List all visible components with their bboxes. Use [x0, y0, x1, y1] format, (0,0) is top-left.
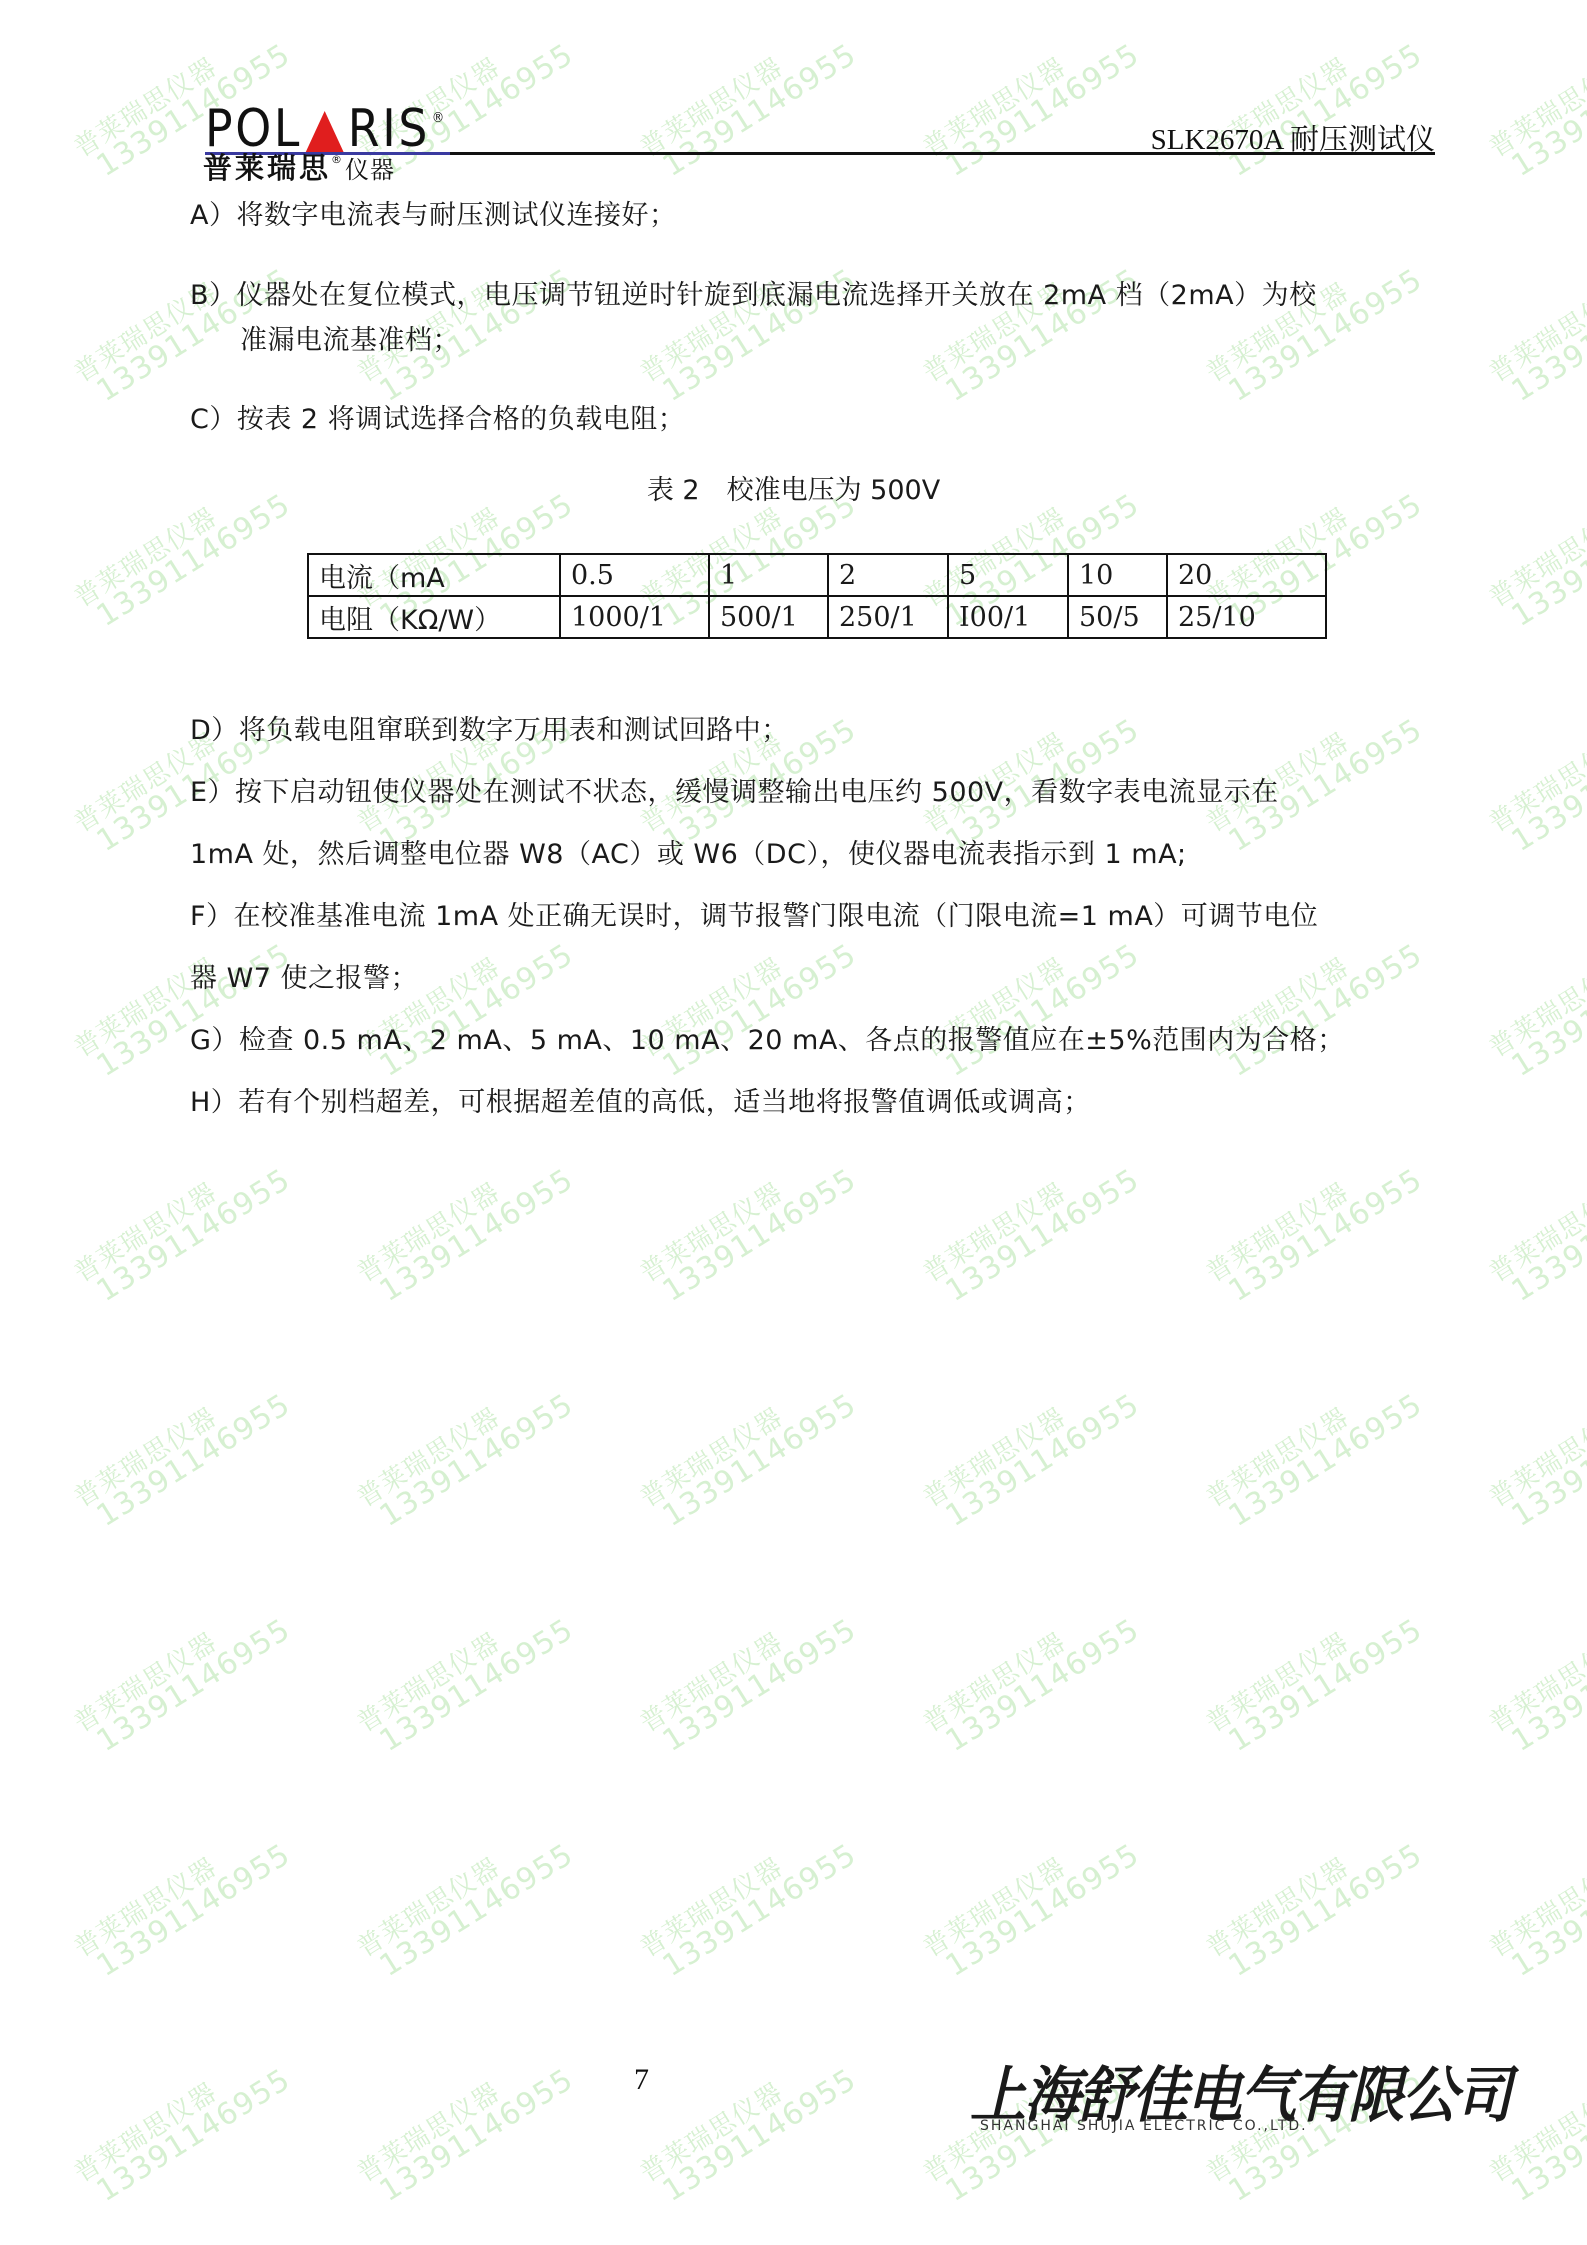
- step-b-line2: 准漏电流基准档；: [240, 318, 460, 357]
- watermark: 普莱瑞思仪器13391146955: [636, 1593, 862, 1763]
- watermark: 普莱瑞思仪器13391146955: [1202, 1818, 1428, 1988]
- watermark: 普莱瑞思仪器13391146955: [636, 1368, 862, 1538]
- watermark: 普莱瑞思仪器13391146955: [1485, 1593, 1587, 1763]
- watermark: 普莱瑞思仪器13391146955: [919, 18, 1145, 188]
- watermark: 普莱瑞思仪器13391146955: [353, 1593, 579, 1763]
- table-caption: 表 2 校准电压为 500V: [0, 468, 1587, 507]
- step-a: A）将数字电流表与耐压测试仪连接好；: [190, 193, 676, 232]
- watermark: 普莱瑞思仪器13391146955: [353, 1143, 579, 1313]
- watermark: 普莱瑞思仪器13391146955: [1485, 243, 1587, 413]
- watermark: 普莱瑞思仪器13391146955: [70, 1818, 296, 1988]
- watermark: 普莱瑞思仪器13391146955: [1485, 1143, 1587, 1313]
- watermark: 普莱瑞思仪器13391146955: [353, 1818, 579, 1988]
- watermark: 普莱瑞思仪器13391146955: [353, 918, 579, 1088]
- polaris-logo: POL RIS ®: [205, 103, 480, 155]
- watermark: 普莱瑞思仪器13391146955: [1202, 1143, 1428, 1313]
- watermark: 普莱瑞思仪器13391146955: [919, 1368, 1145, 1538]
- watermark: 普莱瑞思仪器13391146955: [353, 2043, 579, 2213]
- step-f-line2: 器 W7 使之报警；: [190, 956, 418, 995]
- step-f-line1: F）在校准基准电流 1mA 处正确无误时，调节报警门限电流（门限电流=1 mA）…: [190, 894, 1318, 933]
- watermark: 普莱瑞思仪器13391146955: [919, 243, 1145, 413]
- watermark: 普莱瑞思仪器13391146955: [919, 1818, 1145, 1988]
- row-header: 电阻（KΩ/W）: [308, 596, 560, 638]
- logo-cn-registered-mark: ®: [331, 153, 345, 166]
- step-g: G）检查 0.5 mA、2 mA、5 mA、10 mA、20 mA、各点的报警值…: [190, 1018, 1345, 1057]
- table-cell: 50/5: [1068, 596, 1167, 638]
- watermark: 普莱瑞思仪器13391146955: [1485, 1818, 1587, 1988]
- watermark: 普莱瑞思仪器13391146955: [70, 1143, 296, 1313]
- watermark: 普莱瑞思仪器13391146955: [636, 2043, 862, 2213]
- page-number: 7: [634, 2063, 649, 2097]
- watermark: 普莱瑞思仪器13391146955: [70, 1368, 296, 1538]
- watermark: 普莱瑞思仪器13391146955: [1485, 918, 1587, 1088]
- watermark: 普莱瑞思仪器13391146955: [636, 918, 862, 1088]
- watermark: 普莱瑞思仪器13391146955: [1202, 18, 1428, 188]
- watermark: 普莱瑞思仪器13391146955: [1485, 693, 1587, 863]
- watermark: 普莱瑞思仪器13391146955: [1202, 918, 1428, 1088]
- watermark: 普莱瑞思仪器13391146955: [70, 2043, 296, 2213]
- logo-word-left: POL: [205, 103, 302, 155]
- table-cell: 20: [1167, 554, 1326, 596]
- step-d: D）将负载电阻窜联到数字万用表和测试回路中；: [190, 708, 789, 747]
- logo-chinese-name: 普莱瑞思®仪器: [203, 154, 395, 183]
- table-row-current: 电流（mA 0.5 1 2 5 10 20: [308, 554, 1326, 596]
- table-cell: 5: [948, 554, 1068, 596]
- watermark-layer: 普莱瑞思仪器13391146955普莱瑞思仪器13391146955普莱瑞思仪器…: [0, 0, 1587, 2245]
- table-row-resistance: 电阻（KΩ/W） 1000/1 500/1 250/1 I00/1 50/5 2…: [308, 596, 1326, 638]
- step-e-line1: E）按下启动钮使仪器处在测试不状态，缓慢调整输出电压约 500V，看数字表电流显…: [190, 770, 1279, 809]
- watermark: 普莱瑞思仪器13391146955: [636, 243, 862, 413]
- watermark: 普莱瑞思仪器13391146955: [636, 1143, 862, 1313]
- logo-triangle-icon: [306, 111, 345, 153]
- watermark: 普莱瑞思仪器13391146955: [919, 1593, 1145, 1763]
- table-cell: 25/10: [1167, 596, 1326, 638]
- logo-word-right: RIS: [348, 103, 430, 155]
- watermark: 普莱瑞思仪器13391146955: [1202, 243, 1428, 413]
- header-divider: [450, 152, 1435, 155]
- watermark: 普莱瑞思仪器13391146955: [919, 1143, 1145, 1313]
- row-header: 电流（mA: [308, 554, 560, 596]
- table-cell: 1: [709, 554, 828, 596]
- watermark: 普莱瑞思仪器13391146955: [70, 918, 296, 1088]
- watermark: 普莱瑞思仪器13391146955: [636, 1818, 862, 1988]
- table-cell: 500/1: [709, 596, 828, 638]
- step-b-line1: B）仪器处在复位模式，电压调节钮逆时针旋到底漏电流选择开关放在 2mA 档（2m…: [190, 273, 1317, 312]
- logo-wordmark: POL RIS ®: [205, 103, 447, 155]
- table-cell: 250/1: [828, 596, 948, 638]
- step-e-line2: 1mA 处，然后调整电位器 W8（AC）或 W6（DC），使仪器电流表指示到 1…: [190, 832, 1187, 871]
- logo-cn-main: 普莱瑞思: [203, 151, 331, 185]
- watermark: 普莱瑞思仪器13391146955: [1485, 1368, 1587, 1538]
- step-c: C）按表 2 将调试选择合格的负载电阻；: [190, 397, 685, 436]
- table-cell: 2: [828, 554, 948, 596]
- watermark: 普莱瑞思仪器13391146955: [919, 918, 1145, 1088]
- table-cell: 0.5: [560, 554, 709, 596]
- calibration-table: 电流（mA 0.5 1 2 5 10 20 电阻（KΩ/W） 1000/1 50…: [307, 553, 1327, 639]
- document-page: 普莱瑞思仪器13391146955普莱瑞思仪器13391146955普莱瑞思仪器…: [0, 0, 1587, 2245]
- watermark: 普莱瑞思仪器13391146955: [353, 1368, 579, 1538]
- table-cell: 1000/1: [560, 596, 709, 638]
- registered-mark: ®: [432, 111, 447, 125]
- table-cell: I00/1: [948, 596, 1068, 638]
- watermark: 普莱瑞思仪器13391146955: [1485, 18, 1587, 188]
- watermark: 普莱瑞思仪器13391146955: [1202, 1368, 1428, 1538]
- watermark: 普莱瑞思仪器13391146955: [1202, 1593, 1428, 1763]
- logo-cn-suffix: 仪器: [345, 156, 395, 184]
- table-cell: 10: [1068, 554, 1167, 596]
- step-h: H）若有个别档超差，可根据超差值的高低，适当地将报警值调低或调高；: [190, 1080, 1091, 1119]
- company-logo-english: SHANGHAI SHUJIA ELECTRIC CO.,LTD.: [980, 2118, 1308, 2134]
- watermark: 普莱瑞思仪器13391146955: [636, 18, 862, 188]
- watermark: 普莱瑞思仪器13391146955: [70, 1593, 296, 1763]
